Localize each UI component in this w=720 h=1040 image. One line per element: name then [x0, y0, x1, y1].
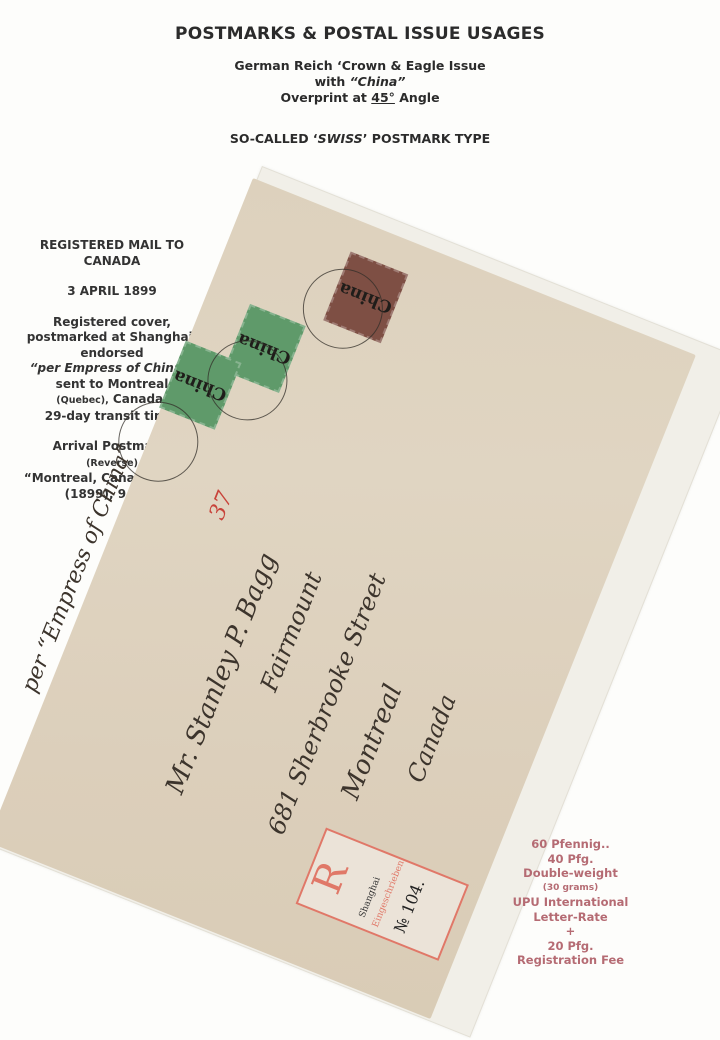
address-line-4: Montreal [336, 680, 409, 804]
rate-line: Registration Fee [498, 953, 643, 968]
rate-line: Letter-Rate [498, 910, 643, 925]
rate-line: Double-weight [498, 866, 643, 881]
rate-line: UPU International [498, 895, 643, 910]
rate-line: 40 Pfg. [498, 852, 643, 867]
postage-rate-notes: 60 Pfennig.. 40 Pfg. Double-weight (30 g… [498, 837, 643, 968]
page-title: POSTMARKS & POSTAL ISSUE USAGES [0, 24, 720, 44]
address-line-5: Canada [402, 690, 462, 786]
rate-line: (30 grams) [498, 881, 643, 896]
rate-line: 20 Pfg. [498, 939, 643, 954]
red-registration-number: 37 [205, 488, 239, 523]
page-subtitle: German Reich ‘Crown & Eagle Issue with “… [0, 58, 720, 106]
subtitle-line-2: with “China” [0, 74, 720, 90]
subtitle-line-3: Overprint at 45° Angle [0, 90, 720, 106]
registration-label: R Shanghai Eingeschrieben. № 104. [296, 828, 469, 961]
description-heading: REGISTERED MAIL TO CANADA [22, 238, 202, 269]
description-date: 3 APRIL 1899 [22, 284, 202, 300]
registration-r-mark: R [304, 855, 358, 900]
rate-line: + [498, 924, 643, 939]
postmark-type-heading: SO-CALLED ‘SWISS’ POSTMARK TYPE [0, 131, 720, 146]
subtitle-line-1: German Reich ‘Crown & Eagle Issue [0, 58, 720, 74]
rate-line: 60 Pfennig.. [498, 837, 643, 852]
